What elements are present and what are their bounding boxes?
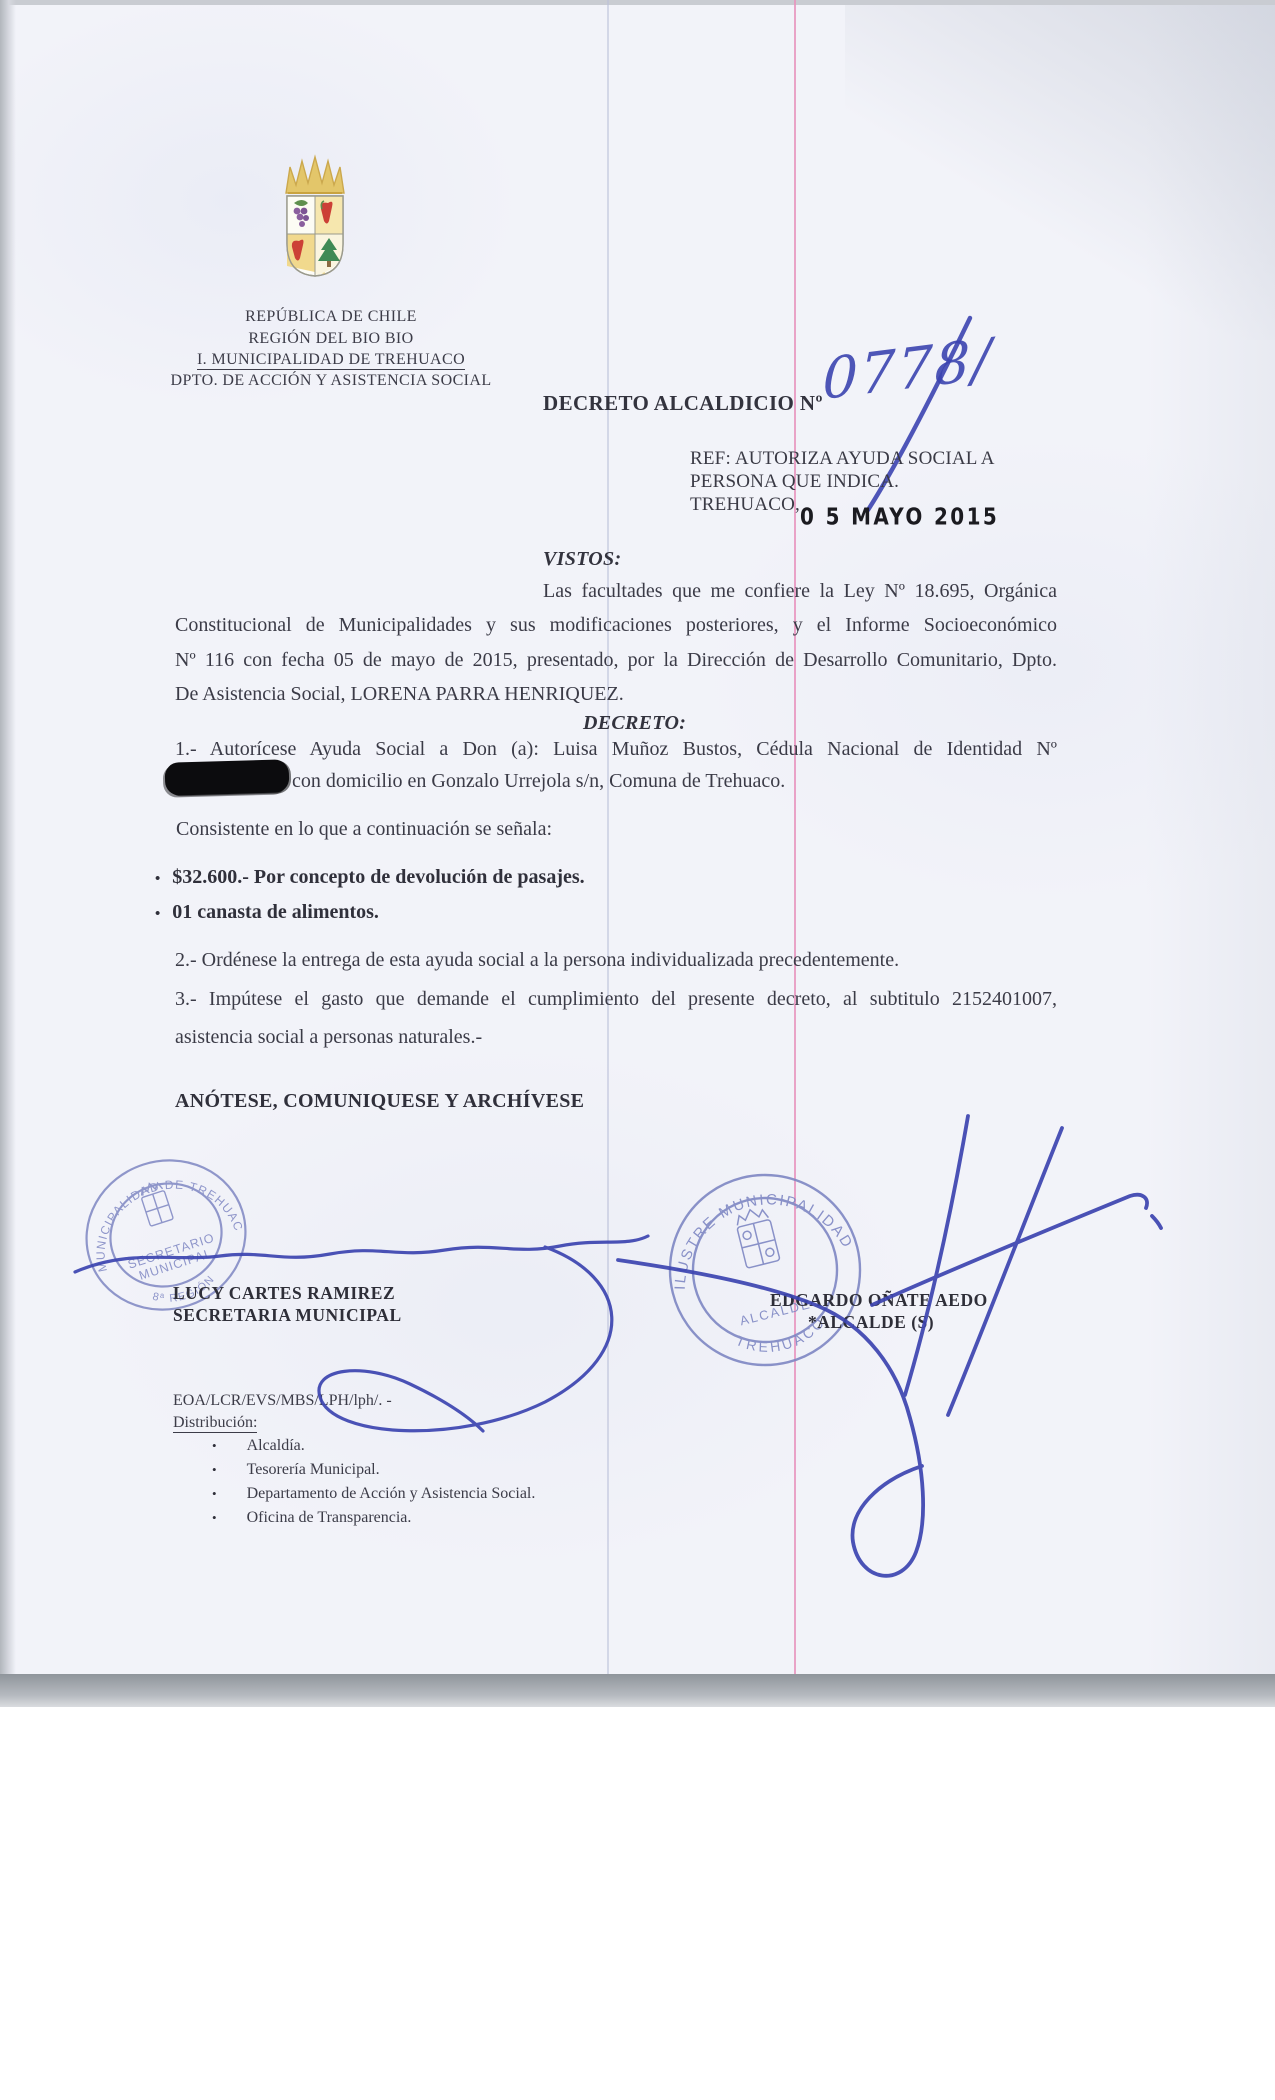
ref-line-1: REF: AUTORIZA AYUDA SOCIAL A [690,448,995,470]
bullet-icon: • [155,871,160,887]
redaction-bar [165,759,290,795]
vistos-heading: VISTOS: [543,548,621,571]
vistos-line: Nº 116 con fecha 05 de mayo de 2015, pre… [175,649,1057,672]
ref-line-2: PERSONA QUE INDICA. [690,471,899,493]
bullet-icon: • [155,906,160,922]
date-stamp: 0 5 MAYO 2015 [800,503,999,530]
decreto-item3-line2: asistencia social a personas naturales.- [175,1026,482,1049]
consistente-line: Consistente en lo que a continuación se … [176,818,552,841]
aid-bullet-item: • $32.600.- Por concepto de devolución d… [155,866,585,889]
letterhead-line-country: REPÚBLICA DE CHILE [151,308,511,326]
aid-bullet-text: 01 canasta de alimentos. [172,901,379,923]
vistos-line: Constitucional de Municipalidades y sus … [175,614,1057,637]
decreto-item3-line1: 3.- Impútese el gasto que demande el cum… [175,988,1057,1011]
secretary-signature-stroke [75,1236,648,1431]
aid-bullet-text: $32.600.- Por concepto de devolución de … [172,866,584,888]
vistos-line: De Asistencia Social, LORENA PARRA HENRI… [175,683,624,706]
vistos-line: Las facultades que me confiere la Ley Nº… [543,580,1057,603]
letterhead-line-region: REGIÓN DEL BIO BIO [151,330,511,348]
coat-of-arms-icon [278,153,352,279]
decreto-item1-line1: 1.- Autorícese Ayuda Social a Don (a): L… [175,738,1057,761]
scanner-top-edge [0,0,1275,5]
letterhead-line-department: DPTO. DE ACCIÓN Y ASISTENCIA SOCIAL [151,372,511,390]
coat-of-arms [278,153,352,279]
letterhead-line-municipality: I. MUNICIPALIDAD DE TREHUACO [151,351,511,369]
scanned-page: REPÚBLICA DE CHILE REGIÓN DEL BIO BIO I.… [0,0,1275,1674]
scanned-decree-document: { "document": { "letterhead": { "lines":… [0,0,1275,2100]
decreto-item2: 2.- Ordénese la entrega de esta ayuda so… [175,949,899,972]
handwritten-slash-stroke [780,300,1040,530]
aid-bullet-item: • 01 canasta de alimentos. [155,901,379,924]
decreto-heading: DECRETO: [583,712,686,735]
scanner-bottom-edge [0,1674,1275,1707]
decreto-item1-line2: con domicilio en Gonzalo Urrejola s/n, C… [292,770,785,793]
ref-place: TREHUACO, [690,494,800,516]
signatures-overlay [0,1100,1275,1600]
mayor-signature-stroke [618,1116,1161,1576]
